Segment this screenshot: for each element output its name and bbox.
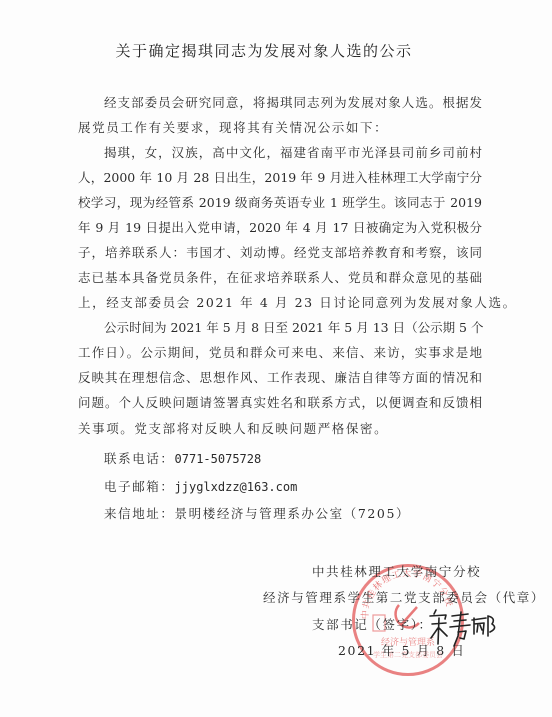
paragraph-2-line-7: 上，经支部委员会 2021 年 4 月 23 日讨论同意列为发展对象人选。 bbox=[78, 293, 482, 313]
contact-email-label: 电子邮箱： bbox=[104, 479, 175, 494]
paragraph-2-line-2: 人，2000 年 10 月 28 日出生，2019 年 9 月进入桂林理工大学南… bbox=[78, 168, 482, 188]
contact-phone-label: 联系电话： bbox=[104, 451, 175, 466]
paragraph-2-line-4: 年 9 月 19 日提出入党申请，2020 年 4 月 17 日被确定为入党积极… bbox=[78, 218, 482, 238]
paragraph-3-line-1: 公示时间为 2021 年 5 月 8 日至 2021 年 5 月 13 日（公示… bbox=[104, 318, 482, 338]
paragraph-2-line-5: 子，培养联系人：韦国才、刘动博。经党支部培养教育和考察，该同 bbox=[78, 243, 482, 263]
paragraph-3-line-2: 工作日）。公示期间，党员和群众可来电、来信、来访，实事求是地 bbox=[78, 343, 482, 363]
paragraph-1-line-1: 经支部委员会研究同意，将揭琪同志列为发展对象人选。根据发 bbox=[104, 93, 482, 113]
contact-phone-value: 0771-5075728 bbox=[175, 452, 262, 466]
contact-phone: 联系电话：0771-5075728 bbox=[104, 449, 261, 469]
signature-committee: 经济与管理系学生第二党支部委员会（代章） bbox=[263, 588, 545, 608]
paragraph-3-line-3: 反映其在理想信念、思想作风、工作表现、廉洁自律等方面的情况和 bbox=[78, 368, 482, 388]
contact-email: 电子邮箱：jjyglxdzz@163.com bbox=[104, 477, 297, 497]
contact-address-value: 景明楼经济与管理系办公室（7205） bbox=[175, 506, 411, 521]
paragraph-2-line-1: 揭琪，女，汉族，高中文化，福建省南平市光泽县司前乡司前村 bbox=[104, 143, 482, 163]
document-title: 关于确定揭琪同志为发展对象人选的公示 bbox=[112, 40, 416, 62]
signature-organization: 中共桂林理工大学南宁分校 bbox=[312, 562, 481, 582]
contact-email-value: jjyglxdzz@163.com bbox=[175, 480, 298, 494]
contact-address: 来信地址：景明楼经济与管理系办公室（7205） bbox=[104, 504, 410, 524]
handwritten-signature-icon bbox=[428, 606, 500, 656]
paragraph-3-line-4: 问题。个人反映问题请签署真实姓名和联系方式，以便调查和反馈相 bbox=[78, 393, 482, 413]
signature-secretary-label: 支部书记（签字）： bbox=[312, 615, 433, 635]
paragraph-2-line-3: 校学习，现为经管系 2019 级商务英语专业 1 班学生。该同志于 2019 bbox=[78, 193, 482, 213]
document-page: 关于确定揭琪同志为发展对象人选的公示 经支部委员会研究同意，将揭琪同志列为发展对… bbox=[0, 0, 552, 717]
paragraph-1-line-2: 展党员工作有关要求，现将其有关情况公示如下： bbox=[78, 118, 482, 138]
contact-address-label: 来信地址： bbox=[104, 506, 175, 521]
paragraph-3-line-5: 关事项。党支部将对反映人和反映问题严格保密。 bbox=[78, 419, 482, 439]
paragraph-2-line-6: 志已基本具备党员条件，在征求培养联系人、党员和群众意见的基础 bbox=[78, 268, 482, 288]
